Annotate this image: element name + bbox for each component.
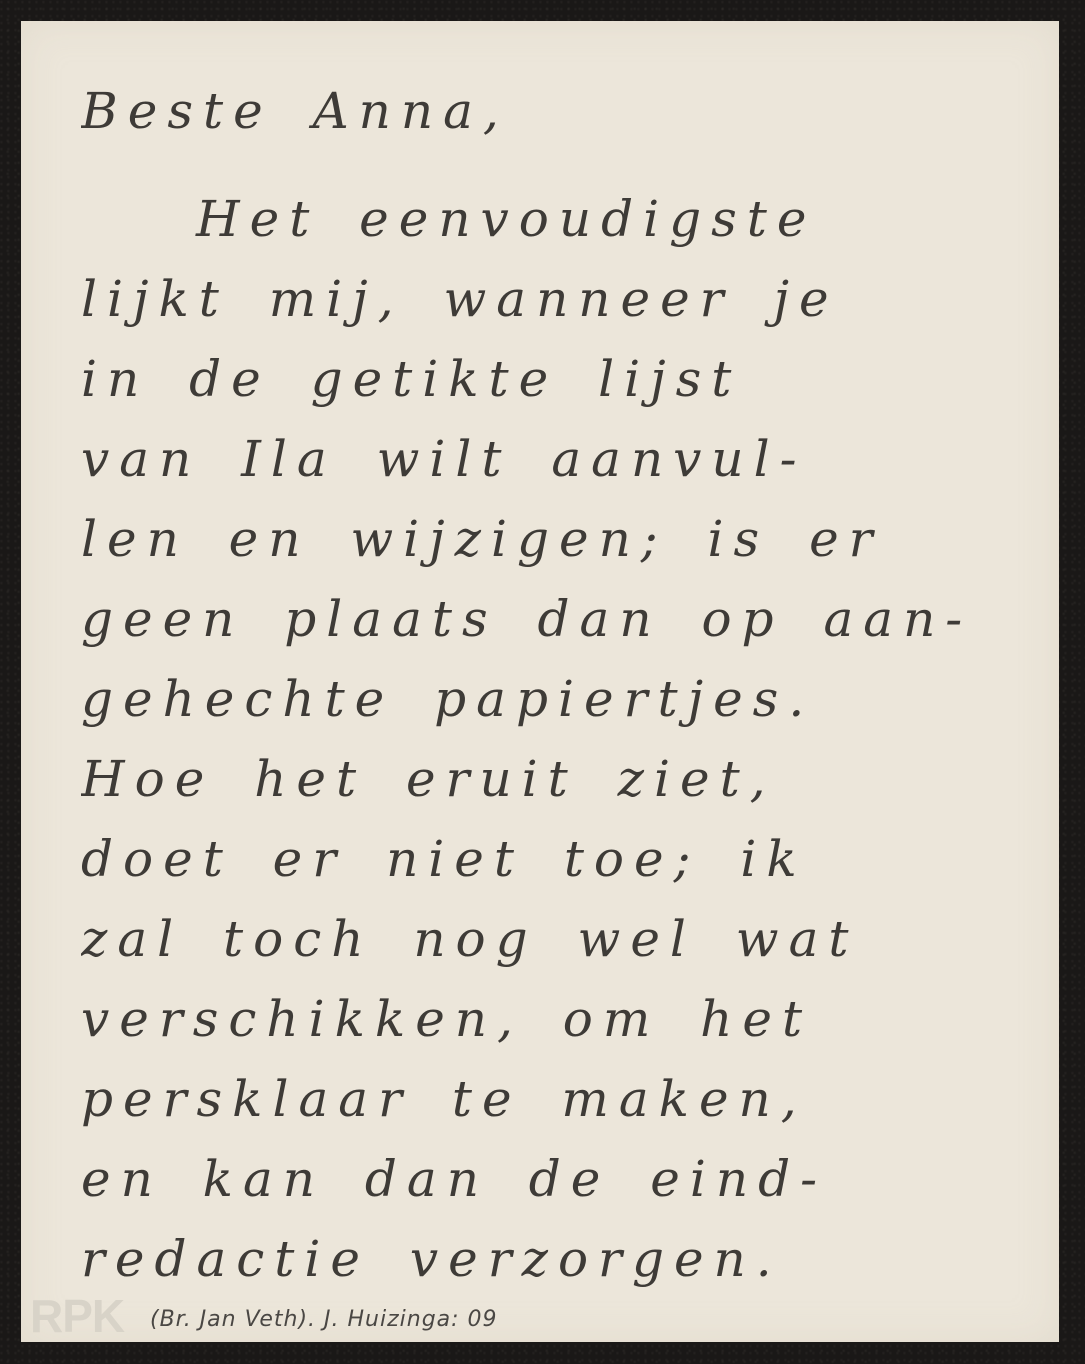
letter-line: redactie verzorgen.	[81, 1219, 1041, 1299]
letter-line: lijkt mij, wanneer je	[81, 259, 1041, 339]
letter-line: Hoe het eruit ziet,	[81, 739, 1041, 819]
letter-line: Het eenvoudigste	[81, 179, 1041, 259]
letter-body: Beste Anna, Het eenvoudigste lijkt mij, …	[81, 71, 1041, 1299]
letter-line: van Ila wilt aanvul-	[81, 419, 1041, 499]
letter-line: gehechte papiertjes.	[81, 659, 1041, 739]
letter-line: persklaar te maken,	[81, 1059, 1041, 1139]
rpk-stamp: RPK	[30, 1289, 124, 1343]
letter-line: verschikken, om het	[81, 979, 1041, 1059]
letter-line: doet er niet toe; ik	[81, 819, 1041, 899]
letter-card: Beste Anna, Het eenvoudigste lijkt mij, …	[21, 21, 1059, 1342]
letter-line: in de getikte lijst	[81, 339, 1041, 419]
archive-shelfmark: (Br. Jan Veth). J. Huizinga: 09	[150, 1307, 498, 1332]
letter-line: len en wijzigen; is er	[81, 499, 1041, 579]
salutation: Beste Anna,	[81, 71, 1041, 179]
letter-line: geen plaats dan op aan-	[81, 579, 1041, 659]
letter-line: en kan dan de eind-	[81, 1139, 1041, 1219]
letter-line: zal toch nog wel wat	[81, 899, 1041, 979]
